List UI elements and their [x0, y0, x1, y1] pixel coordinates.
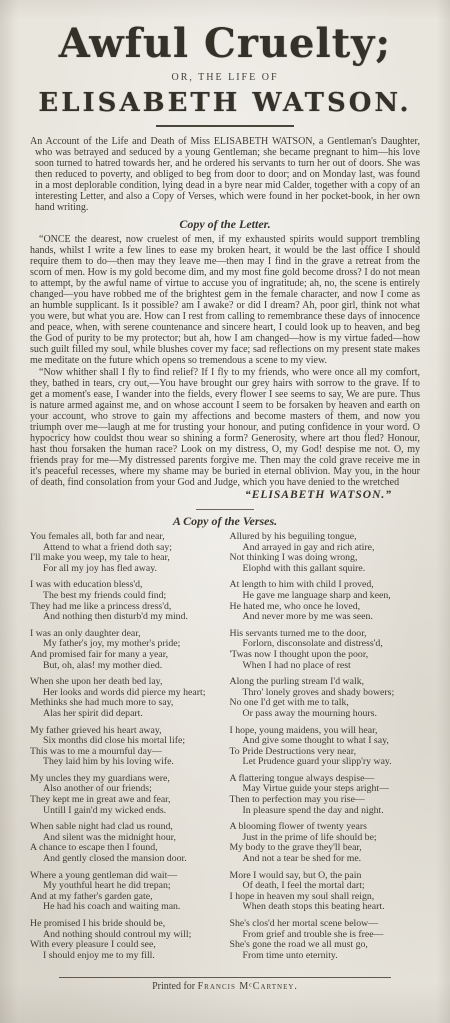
verse-columns: You females all, both far and near,Atten… [30, 532, 420, 967]
verse-line: You females all, both far and near, [30, 532, 221, 543]
verse-line: He had his coach and waiting man. [30, 902, 221, 913]
section-divider [196, 509, 254, 510]
stanza: He promised I his bride should be,And no… [30, 919, 221, 961]
verse-line: 'Twas now I thought upon the poor, [230, 650, 421, 661]
verse-line: When death stops this beating heart. [230, 902, 421, 913]
stanza: More I would say, but O, the painOf deat… [230, 871, 421, 913]
verse-line: He promised I his bride should be, [30, 919, 221, 930]
verses-heading: A Copy of the Verses. [30, 514, 420, 529]
stanza: I was an only daughter dear,My father's … [30, 629, 221, 671]
stanza: A flattering tongue always despise—May V… [230, 774, 421, 816]
verse-line: In pleasure spend the day and night. [230, 806, 421, 817]
imprint-printer-name: Francis MᶜCartney. [198, 981, 298, 992]
verse-line: And nothing then disturb'd my mind. [30, 612, 221, 623]
verse-column-left: You females all, both far and near,Atten… [30, 532, 221, 967]
masthead: Awful Cruelty; OR, THE LIFE OF ELISABETH… [30, 24, 420, 127]
verse-line: And not a tear be shed for me. [230, 854, 421, 865]
imprint-footer: Printed for Francis MᶜCartney. [59, 977, 391, 992]
verse-line: The best my friends could find; [30, 591, 221, 602]
verse-line: And never more by me was seen. [230, 612, 421, 623]
verse-line: Allured by his beguiling tongue, [230, 532, 421, 543]
subject-name-title: ELISABETH WATSON. [30, 88, 420, 118]
verse-line: But, oh, alas! my mother died. [30, 661, 221, 672]
stanza: I hope, young maidens, you will hear,And… [230, 726, 421, 768]
verse-line: And gently closed the mansion door. [30, 854, 221, 865]
stanza: When she upon her death bed lay,Her look… [30, 677, 221, 719]
page-title: Awful Cruelty; [30, 24, 420, 64]
verse-line: When I had no place of rest [230, 661, 421, 672]
stanza: Along the purling stream I'd walk,Thro' … [230, 677, 421, 719]
verse-line: Untill I gain'd my wicked ends. [30, 806, 221, 817]
verse-line: He gave me language sharp and keen, [230, 591, 421, 602]
letter-signature: “ELISABETH WATSON.” [30, 489, 420, 501]
verse-line: And promised fair for many a year, [30, 650, 221, 661]
stanza: You females all, both far and near,Atten… [30, 532, 221, 574]
stanza: She's clos'd her mortal scene below—From… [230, 919, 421, 961]
letter-section: Copy of the Letter. “ONCE the dearest, n… [30, 217, 420, 501]
letter-heading: Copy of the Letter. [30, 217, 420, 232]
verse-line: They laid him by his loving wife. [30, 757, 221, 768]
verse-line: Elophd with this gallant squire. [230, 564, 421, 575]
stanza: Allured by his beguiling tongue,And arra… [230, 532, 421, 574]
imprint-prefix: Printed for [152, 981, 198, 992]
stanza: My uncles they my guardians were,Also an… [30, 774, 221, 816]
stanza: I was with education bless'd,The best my… [30, 580, 221, 622]
stanza: His servants turned me to the door,Forlo… [230, 629, 421, 671]
verse-line: Let Prudence guard your slipp'ry way. [230, 757, 421, 768]
verses-section: A Copy of the Verses. You females all, b… [30, 514, 420, 967]
stanza: Where a young gentleman did wait—My yout… [30, 871, 221, 913]
verse-line: For all my joy has fled away. [30, 564, 221, 575]
broadside-page: Awful Cruelty; OR, THE LIFE OF ELISABETH… [0, 0, 450, 1023]
letter-paragraph-1: “ONCE the dearest, now cruelest of men, … [30, 234, 420, 366]
letter-paragraph-2: “Now whither shall I fly to find relief?… [30, 367, 420, 488]
title-rule [156, 125, 294, 127]
verse-line: From time unto eternity. [230, 951, 421, 962]
stanza: When sable night had clad us round,And s… [30, 822, 221, 864]
page-content: Awful Cruelty; OR, THE LIFE OF ELISABETH… [0, 0, 450, 992]
verse-line: I should enjoy me to my fill. [30, 951, 221, 962]
stanza: My father grieved his heart away,Six mon… [30, 726, 221, 768]
stanza: A blooming flower of twenty yearsJust in… [230, 822, 421, 864]
verse-line: Or pass away the mourning hours. [230, 709, 421, 720]
page-subtitle: OR, THE LIFE OF [30, 72, 420, 83]
verse-line: She's clos'd her mortal scene below— [230, 919, 421, 930]
stanza: At length to him with child I proved,He … [230, 580, 421, 622]
account-paragraph: An Account of the Life and Death of Miss… [30, 136, 420, 213]
verse-line: Alas her spirit did depart. [30, 709, 221, 720]
verse-column-right: Allured by his beguiling tongue,And arra… [221, 532, 421, 967]
